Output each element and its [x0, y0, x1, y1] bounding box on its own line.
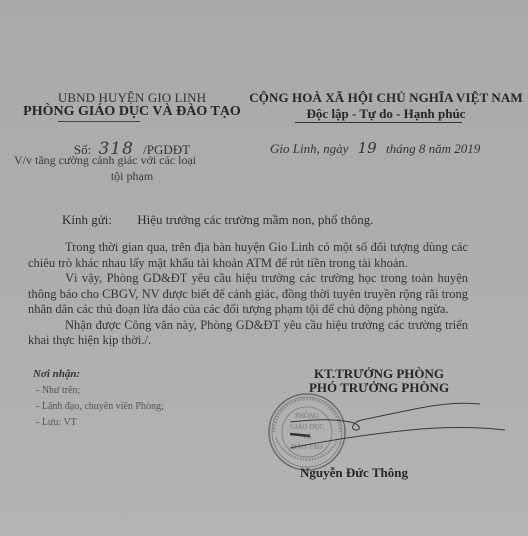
document-page: UBND HUYỆN GIO LINH PHÒNG GIÁO DỤC VÀ ĐÀ…	[0, 0, 528, 536]
body-paragraph: Nhận được Công văn này, Phòng GD&ĐT yêu …	[28, 318, 468, 349]
recipient-item: - Lưu: VT	[36, 417, 77, 428]
motto-underline	[295, 122, 462, 123]
handwritten-signature-icon	[290, 400, 528, 470]
place-prefix: Gio Linh, ngày	[270, 141, 348, 156]
date-month-year: tháng 8 năm 2019	[386, 141, 480, 156]
salutation: Kính gửi: Hiệu trưởng các trường mầm non…	[62, 212, 373, 228]
body-paragraph: Trong thời gian qua, trên địa bàn huyện …	[28, 240, 468, 271]
national-title: CỘNG HOÀ XÃ HỘI CHỦ NGHĨA VIỆT NAM	[244, 90, 528, 106]
place-date: Gio Linh, ngày 19 tháng 8 năm 2019	[270, 139, 480, 157]
body-paragraph: Vì vậy, Phòng GD&ĐT yêu cầu hiệu trưởng …	[28, 271, 468, 318]
salutation-label: Kính gửi:	[62, 212, 112, 227]
organization-underline	[58, 121, 140, 122]
recipient-item: - Lãnh đạo, chuyên viên Phòng;	[36, 401, 164, 412]
salutation-recipient: Hiệu trưởng các trường mầm non, phổ thôn…	[137, 212, 373, 227]
national-motto: Độc lập - Tự do - Hạnh phúc	[244, 106, 528, 122]
recipients-title: Nơi nhận:	[33, 368, 80, 380]
recipient-item: - Như trên;	[36, 385, 80, 396]
document-body: Trong thời gian qua, trên địa bàn huyện …	[28, 240, 468, 349]
subject-line-1: V/v tăng cường cảnh giác với các loại	[14, 153, 196, 168]
subject-line-2: tội phạm	[0, 169, 264, 184]
date-day: 19	[358, 139, 377, 157]
organization-name: PHÒNG GIÁO DỤC VÀ ĐÀO TẠO	[0, 104, 264, 120]
signer-name: Nguyễn Đức Thông	[300, 465, 408, 481]
